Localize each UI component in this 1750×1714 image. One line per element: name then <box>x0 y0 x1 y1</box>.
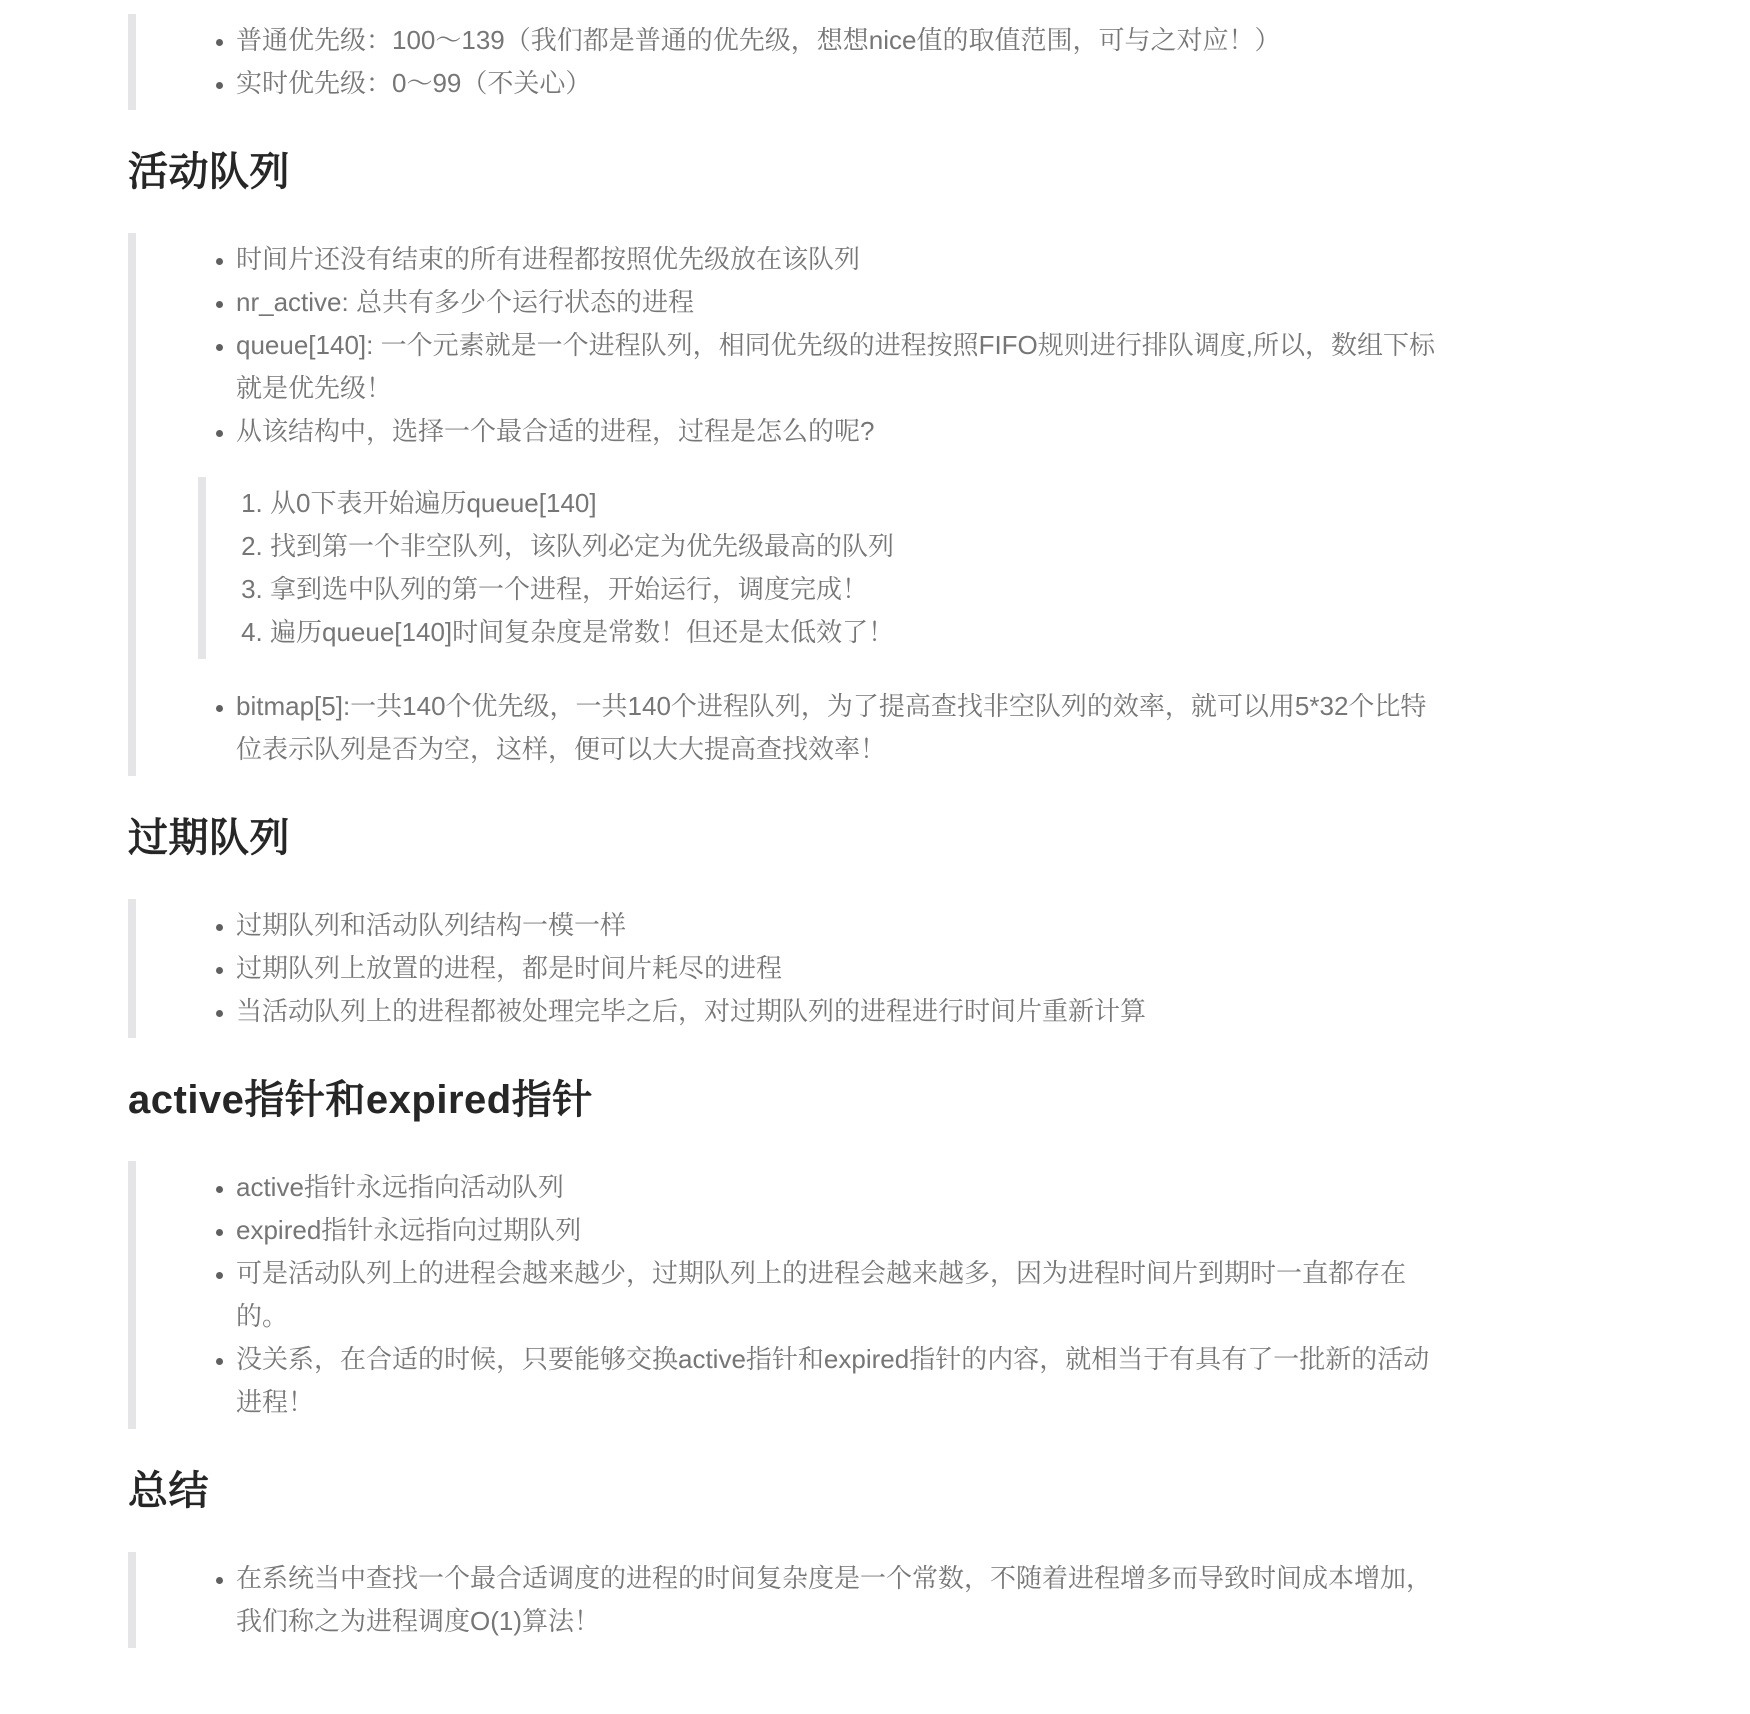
list-item-text: 从该结构中，选择一个最合适的进程，过程是怎么的呢? <box>236 410 1426 453</box>
list-item: 当活动队列上的进程都被处理完毕之后，对过期队列的进程进行时间片重新计算 <box>236 990 1448 1033</box>
list-item: 找到第一个非空队列，该队列必定为优先级最高的队列 <box>270 525 1448 568</box>
list-item: 从该结构中，选择一个最合适的进程，过程是怎么的呢? 从0下表开始遍历queue[… <box>236 410 1448 659</box>
section-heading-pointers: active指针和expired指针 <box>128 1074 1448 1126</box>
list-item: bitmap[5]:一共140个优先级，一共140个进程队列，为了提高查找非空队… <box>236 685 1448 771</box>
active-queue-quote: 时间片还没有结束的所有进程都按照优先级放在该队列 nr_active: 总共有多… <box>128 233 1448 776</box>
list-item: nr_active: 总共有多少个运行状态的进程 <box>236 281 1448 324</box>
list-item: queue[140]: 一个元素就是一个进程队列，相同优先级的进程按照FIFO规… <box>236 324 1448 410</box>
summary-list: 在系统当中查找一个最合适调度的进程的时间复杂度是一个常数，不随着进程增多而导致时… <box>136 1557 1448 1643</box>
list-item: 从0下表开始遍历queue[140] <box>270 482 1448 525</box>
list-item: 时间片还没有结束的所有进程都按照优先级放在该队列 <box>236 238 1448 281</box>
priority-range-list: 普通优先级：100～139（我们都是普通的优先级，想想nice值的取值范围，可与… <box>136 19 1448 105</box>
pointers-quote: active指针永远指向活动队列 expired指针永远指向过期队列 可是活动队… <box>128 1161 1448 1429</box>
priority-range-quote: 普通优先级：100～139（我们都是普通的优先级，想想nice值的取值范围，可与… <box>128 14 1448 110</box>
document-content: 普通优先级：100～139（我们都是普通的优先级，想想nice值的取值范围，可与… <box>0 0 1448 1648</box>
active-queue-list: 时间片还没有结束的所有进程都按照优先级放在该队列 nr_active: 总共有多… <box>136 238 1448 771</box>
list-item: 过期队列和活动队列结构一模一样 <box>236 904 1448 947</box>
list-item: expired指针永远指向过期队列 <box>236 1209 1448 1252</box>
list-item: 没关系，在合适的时候，只要能够交换active指针和expired指针的内容，就… <box>236 1338 1448 1424</box>
expired-queue-list: 过期队列和活动队列结构一模一样 过期队列上放置的进程，都是时间片耗尽的进程 当活… <box>136 904 1448 1033</box>
list-item: 拿到选中队列的第一个进程，开始运行，调度完成！ <box>270 568 1448 611</box>
list-item: 遍历queue[140]时间复杂度是常数！但还是太低效了！ <box>270 611 1448 654</box>
section-heading-active-queue: 活动队列 <box>128 146 1448 198</box>
pointers-list: active指针永远指向活动队列 expired指针永远指向过期队列 可是活动队… <box>136 1166 1448 1424</box>
summary-quote: 在系统当中查找一个最合适调度的进程的时间复杂度是一个常数，不随着进程增多而导致时… <box>128 1552 1448 1648</box>
list-item: 在系统当中查找一个最合适调度的进程的时间复杂度是一个常数，不随着进程增多而导致时… <box>236 1557 1448 1643</box>
scheduling-steps-quote: 从0下表开始遍历queue[140] 找到第一个非空队列，该队列必定为优先级最高… <box>198 477 1448 659</box>
list-item: 普通优先级：100～139（我们都是普通的优先级，想想nice值的取值范围，可与… <box>236 19 1448 62</box>
list-item: 可是活动队列上的进程会越来越少，过期队列上的进程会越来越多，因为进程时间片到期时… <box>236 1252 1448 1338</box>
list-item: 过期队列上放置的进程，都是时间片耗尽的进程 <box>236 947 1448 990</box>
expired-queue-quote: 过期队列和活动队列结构一模一样 过期队列上放置的进程，都是时间片耗尽的进程 当活… <box>128 899 1448 1038</box>
section-heading-expired-queue: 过期队列 <box>128 812 1448 864</box>
list-item: 实时优先级：0～99（不关心） <box>236 62 1448 105</box>
scheduling-steps-list: 从0下表开始遍历queue[140] 找到第一个非空队列，该队列必定为优先级最高… <box>206 482 1448 654</box>
list-item: active指针永远指向活动队列 <box>236 1166 1448 1209</box>
section-heading-summary: 总结 <box>128 1465 1448 1517</box>
